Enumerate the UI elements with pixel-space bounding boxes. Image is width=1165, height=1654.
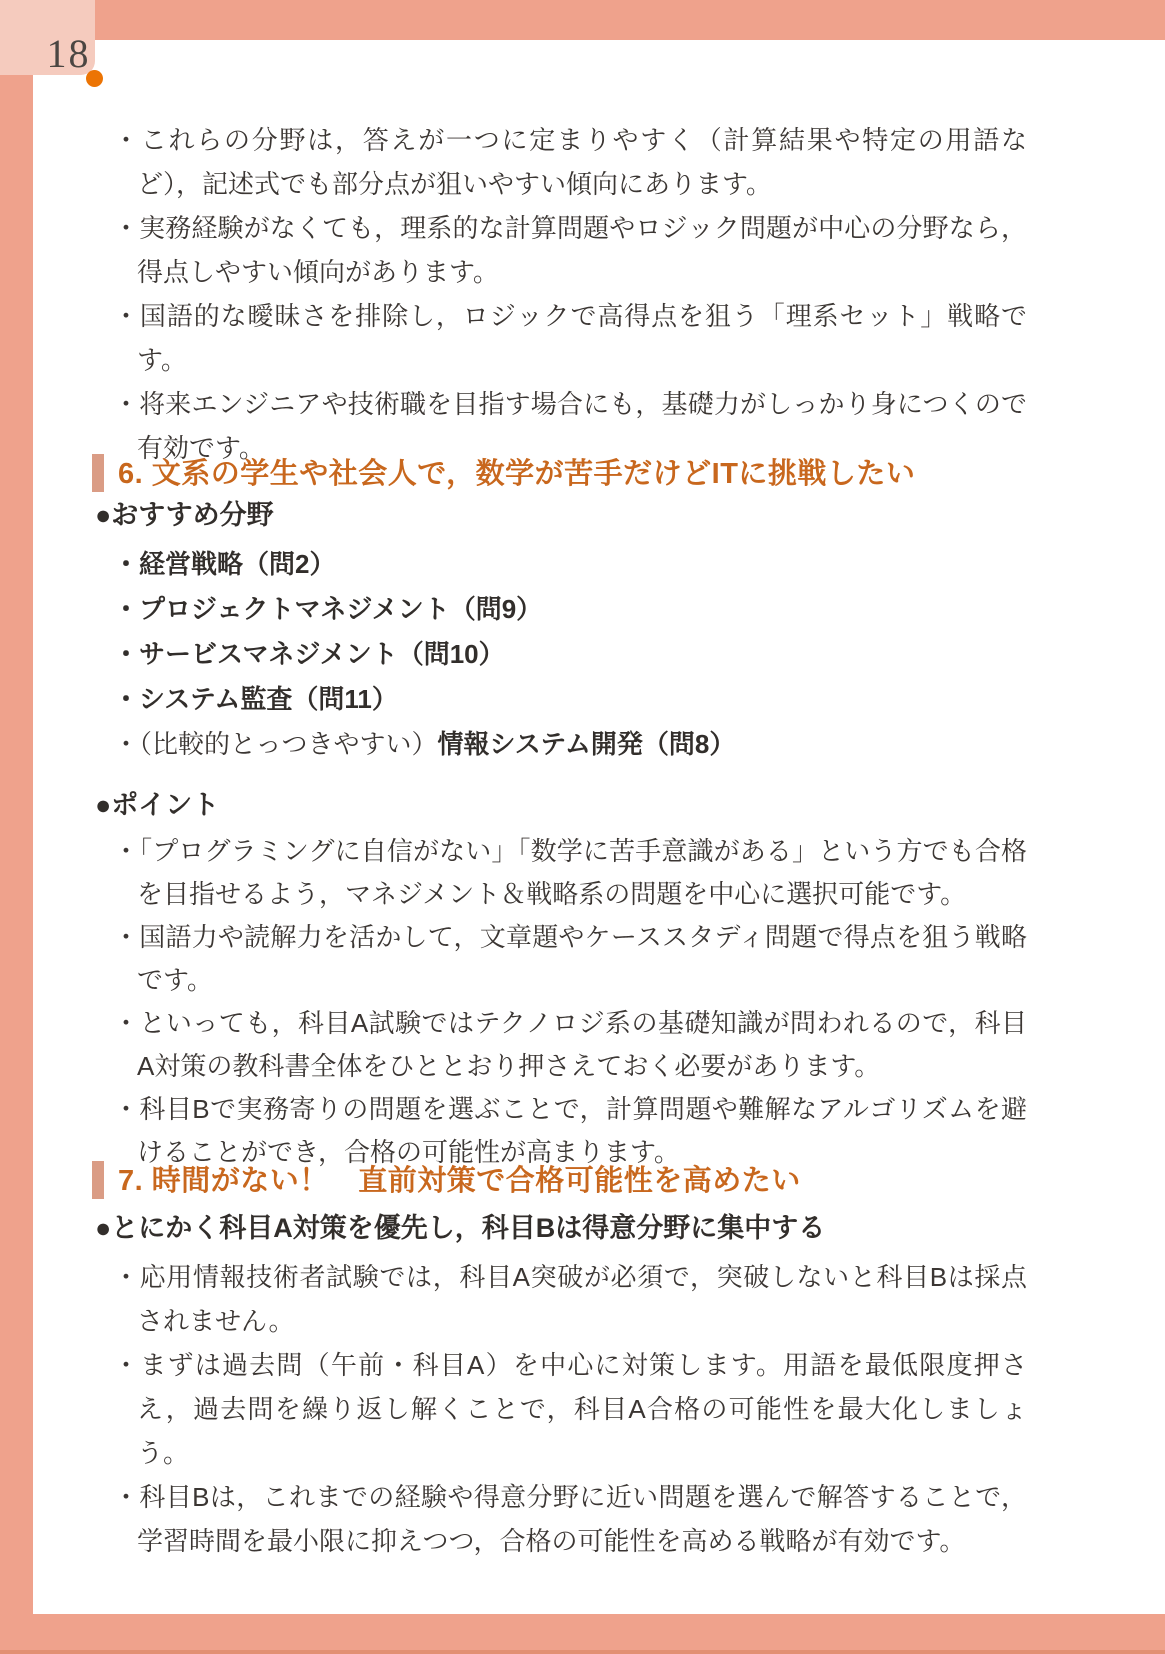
bullet-item: ・実務経験がなくても，理系的な計算問題やロジック問題が中心の分野なら，得点しやす… [113, 206, 1027, 294]
recommend-item-bold-part: 情報システム開発（問8） [437, 729, 735, 759]
accent-dot-icon [86, 70, 103, 87]
section-7-subheading: ●とにかく科目A対策を優先し，科目Bは得意分野に集中する [95, 1212, 825, 1244]
heading-bar [92, 1161, 104, 1199]
bullet-item: ・「プログラミングに自信がない」「数学に苦手意識がある」という方でも合格を目指せ… [113, 830, 1027, 916]
bullet-item: ・応用情報技術者試験では，科目A突破が必須で，突破しないと科目Bは採点されません… [113, 1255, 1027, 1343]
intro-bullet-list: ・これらの分野は，答えが一つに定まりやすく（計算結果や特定の用語など），記述式で… [113, 118, 1027, 470]
bullet-item: ・まずは過去問（午前・科目A）を中心に対策します。用語を最低限度押さえ，過去問を… [113, 1343, 1027, 1475]
bullet-item: ・国語的な曖昧さを排除し，ロジックで高得点を狙う「理系セット」戦略です。 [113, 294, 1027, 382]
recommend-item-normal-part: ・（比較的とっつきやすい） [113, 729, 437, 759]
left-edge-strip [0, 75, 33, 1654]
bullet-item: ・科目Bは，これまでの経験や得意分野に近い問題を選んで解答することで，学習時間を… [113, 1475, 1027, 1563]
section-7-title: 7. 時間がない！ 直前対策で合格可能性を高めたい [118, 1161, 801, 1200]
recommend-title: ●おすすめ分野 [95, 499, 274, 531]
points-title: ●ポイント [95, 789, 219, 821]
section-7-heading: 7. 時間がない！ 直前対策で合格可能性を高めたい [92, 1161, 801, 1200]
top-band [95, 0, 1165, 40]
bullet-item: ・といっても，科目A試験ではテクノロジ系の基礎知識が問われるので，科目A対策の教… [113, 1002, 1027, 1088]
recommend-item-mixed: ・（比較的とっつきやすい）情報システム開発（問8） [113, 722, 735, 767]
heading-bar [92, 454, 104, 492]
points-bullet-list: ・「プログラミングに自信がない」「数学に苦手意識がある」という方でも合格を目指せ… [113, 830, 1027, 1174]
recommend-item: ・サービスマネジメント（問10） [113, 632, 735, 677]
page-number: 18 [42, 30, 95, 77]
recommend-list: ・経営戦略（問2） ・プロジェクトマネジメント（問9） ・サービスマネジメント（… [113, 542, 735, 767]
bullet-item: ・国語力や読解力を活かして，文章題やケーススタディ問題で得点を狙う戦略です。 [113, 916, 1027, 1002]
recommend-item: ・プロジェクトマネジメント（問9） [113, 587, 735, 632]
bottom-page-edge [0, 1650, 1165, 1654]
recommend-item: ・システム監査（問11） [113, 677, 735, 722]
recommend-item: ・経営戦略（問2） [113, 542, 735, 587]
section-6-heading: 6. 文系の学生や社会人で，数学が苦手だけどITに挑戦したい [92, 454, 915, 493]
bullet-item: ・これらの分野は，答えが一つに定まりやすく（計算結果や特定の用語など），記述式で… [113, 118, 1027, 206]
section-7-bullet-list: ・応用情報技術者試験では，科目A突破が必須で，突破しないと科目Bは採点されません… [113, 1255, 1027, 1563]
section-6-title: 6. 文系の学生や社会人で，数学が苦手だけどITに挑戦したい [118, 454, 915, 493]
bottom-band [0, 1614, 1165, 1654]
